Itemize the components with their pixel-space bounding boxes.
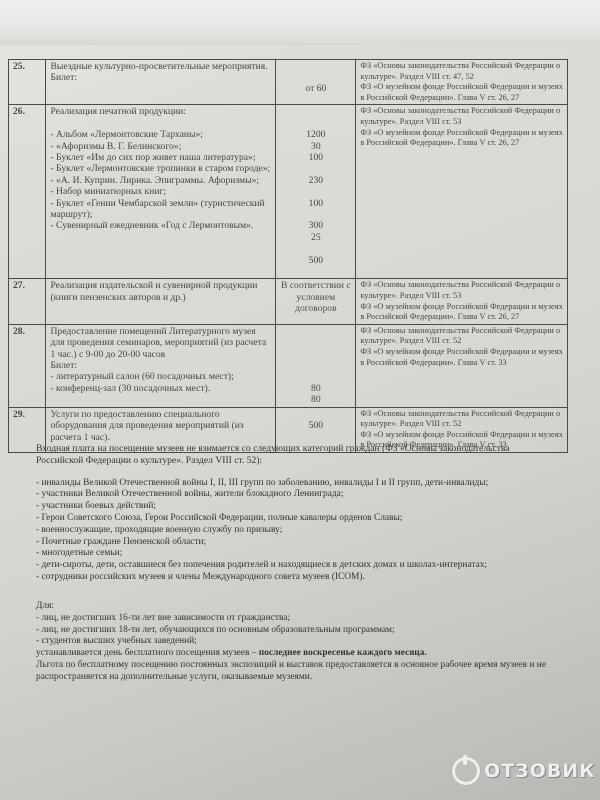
service-name: Реализация издательской и сувенирной про…: [46, 279, 276, 324]
service-price: В соответствии с условием договоров: [276, 279, 356, 324]
law-reference: ФЗ «О музейном фонде Российской Федераци…: [360, 302, 563, 323]
services-price-table: 25.Выездные культурно-просветительные ме…: [8, 59, 568, 453]
service-name: Предоставление помещений Литературного м…: [46, 324, 276, 407]
product-item: - «А. И. Куприн. Лирика. Эпиграммы. Афор…: [50, 175, 271, 186]
service-price: от 60: [276, 60, 356, 105]
price-value: от 60: [280, 83, 351, 94]
product-price: 100: [280, 152, 351, 163]
law-reference: ФЗ «Основы законодательства Российской Ф…: [360, 61, 563, 82]
free-day-rule: устанавливается день бесплатного посещен…: [36, 648, 546, 660]
exempt-category: - участники Великой Отечественной войны,…: [36, 489, 546, 501]
exempt-category: - сотрудники российских музеев и члены М…: [36, 572, 546, 584]
product-item: - «Афоризмы В. Г. Белинского»;: [50, 141, 271, 152]
product-item: - Буклет «Гении Чембарской земли» (турис…: [50, 198, 271, 221]
service-name-line: Выездные культурно-просветительные мероп…: [50, 61, 271, 72]
product-item: - Набор миниатюрных книг;: [50, 186, 271, 197]
law-reference: ФЗ «Основы законодательства Российской Ф…: [360, 409, 563, 430]
product-item: - Сувенирный ежедневник «Год с Лермонтов…: [50, 220, 271, 231]
exempt-category: - участники боевых действий;: [36, 501, 546, 513]
service-price: 120030100 230 100 30025 500: [276, 105, 356, 279]
price-value: 500: [280, 420, 351, 431]
service-name-line: Билет:: [50, 72, 271, 83]
free-day-note: Льгота по бесплатному посещению постоянн…: [36, 660, 546, 684]
table-row: 28.Предоставление помещений Литературног…: [9, 324, 568, 407]
exempt-category: - многодетные семьи;: [36, 548, 546, 560]
law-reference: ФЗ «О музейном фонде Российской Федераци…: [360, 82, 563, 103]
row-number: 28.: [9, 324, 46, 407]
product-price: 100: [280, 198, 351, 209]
service-name: Выездные культурно-просветительные мероп…: [46, 60, 276, 105]
exempt-category: - военнослужащие, проходящие военную слу…: [36, 525, 546, 537]
exempt-category: - Герои Советского Союза, Герои Российск…: [36, 513, 546, 525]
free-entry-section: Входная плата на посещение музеев не взи…: [36, 443, 546, 584]
product-item: - Буклет «Лермонтовские тропинки в старо…: [50, 163, 271, 174]
legal-basis: ФЗ «Основы законодательства Российской Ф…: [356, 279, 568, 324]
row-number: 26.: [9, 105, 46, 279]
service-name-line: Услуги по предоставлению специального об…: [50, 409, 271, 443]
document-page: 25.Выездные культурно-просветительные ме…: [0, 0, 600, 800]
service-price: 8080: [276, 324, 356, 407]
product-price: 300: [280, 220, 351, 231]
product-price: 80: [280, 394, 351, 405]
row-number: 27.: [9, 279, 46, 324]
free-day-group: - лиц, не достигших 18-ти лет, обучающих…: [36, 625, 546, 637]
product-price: 80: [280, 383, 351, 394]
law-reference: ФЗ «Основы законодательства Российской Ф…: [360, 326, 563, 347]
product-item: - Буклет «Им до сих пор живет наша литер…: [50, 152, 271, 163]
table-row: 26.Реализация печатной продукции: - Альб…: [9, 105, 568, 279]
free-day-heading: Для:: [36, 601, 546, 613]
product-price: 230: [280, 175, 351, 186]
row-number: 25.: [9, 60, 46, 105]
service-name-line: Реализация печатной продукции:: [50, 106, 271, 117]
law-reference: ФЗ «Основы законодательства Российской Ф…: [360, 106, 563, 127]
exempt-category: - Почетные граждане Пензенской области;: [36, 537, 546, 549]
product-item: - конференц-зал (30 посадочных мест).: [50, 383, 271, 394]
otzovik-watermark: ОТЗОВИК: [452, 757, 596, 785]
free-day-group: - лиц, не достигших 16-ти лет вне зависи…: [36, 613, 546, 625]
free-entry-categories: - инвалиды Великой Отечественной войны I…: [36, 478, 546, 584]
power-ring-icon: [452, 757, 480, 785]
legal-basis: ФЗ «Основы законодательства Российской Ф…: [356, 105, 568, 279]
table-row: 25.Выездные культурно-просветительные ме…: [9, 60, 568, 105]
legal-basis: ФЗ «Основы законодательства Российской Ф…: [356, 324, 568, 407]
product-price: 500: [280, 255, 351, 266]
product-item: - литературный салон (60 посадочных мест…: [50, 371, 271, 382]
product-price: 1200: [280, 129, 351, 140]
exempt-category: - инвалиды Великой Отечественной войны I…: [36, 478, 546, 490]
law-reference: ФЗ «О музейном фонде Российской Федераци…: [360, 347, 563, 368]
service-name-line: Билет:: [50, 360, 271, 371]
service-name-line: Предоставление помещений Литературного м…: [50, 326, 271, 360]
law-reference: ФЗ «О музейном фонде Российской Федераци…: [360, 128, 563, 149]
price-value: В соответствии с условием договоров: [280, 280, 351, 314]
free-entry-intro: Входная плата на посещение музеев не взи…: [36, 443, 546, 467]
product-price: 25: [280, 232, 351, 243]
law-reference: ФЗ «Основы законодательства Российской Ф…: [360, 280, 563, 301]
service-name-line: Реализация издательской и сувенирной про…: [50, 280, 271, 303]
legal-basis: ФЗ «Основы законодательства Российской Ф…: [356, 60, 568, 105]
product-item: - Альбом «Лермонтовские Тарханы»;: [50, 129, 271, 140]
watermark-text: ОТЗОВИК: [484, 760, 596, 782]
free-day-groups: - лиц, не достигших 16-ти лет вне зависи…: [36, 613, 546, 648]
table-row: 27.Реализация издательской и сувенирной …: [9, 279, 568, 324]
service-name: Реализация печатной продукции: - Альбом …: [46, 105, 276, 279]
exempt-category: - дети-сироты, дети, оставшиеся без попе…: [36, 560, 546, 572]
free-day-date: последнее воскресенье каждого месяца.: [259, 648, 427, 658]
free-day-section: Для: - лиц, не достигших 16-ти лет вне з…: [36, 601, 546, 684]
product-price: 30: [280, 141, 351, 152]
free-day-group: - студентов высших учебных заведений;: [36, 636, 546, 648]
